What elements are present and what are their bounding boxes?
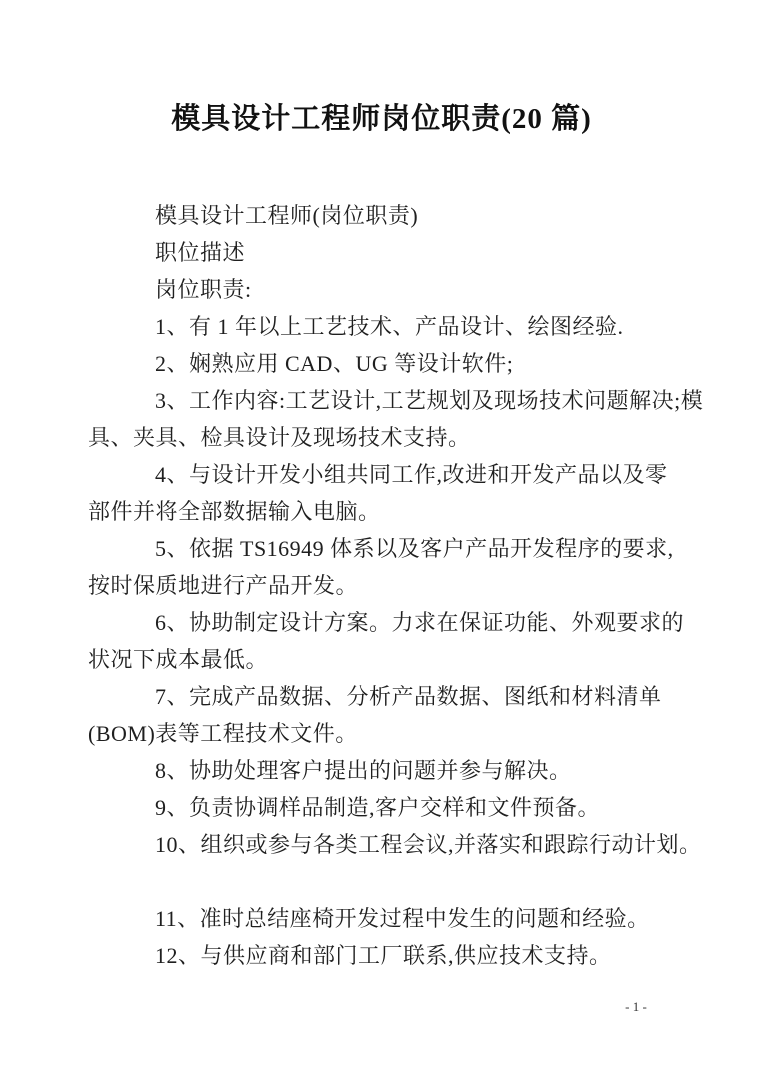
text-line: 模具设计工程师(岗位职责): [88, 197, 704, 234]
text-line: [88, 863, 704, 900]
page-number: - 1 -: [576, 998, 696, 1016]
text-line: (BOM)表等工程技术文件。: [88, 715, 704, 752]
text-line: 1、有 1 年以上工艺技术、产品设计、绘图经验.: [88, 308, 704, 345]
text-line: 8、协助处理客户提出的问题并参与解决。: [88, 752, 704, 789]
text-line: 岗位职责:: [88, 271, 704, 308]
text-line: 2、娴熟应用 CAD、UG 等设计软件;: [88, 345, 704, 382]
text-line: 4、与设计开发小组共同工作,改进和开发产品以及零: [88, 456, 704, 493]
text-line: 状况下成本最低。: [88, 641, 704, 678]
document-page: 模具设计工程师岗位职责(20 篇) 模具设计工程师(岗位职责)职位描述岗位职责:…: [0, 0, 763, 1080]
document-title: 模具设计工程师岗位职责(20 篇): [0, 98, 763, 140]
text-line: 12、与供应商和部门工厂联系,供应技术支持。: [88, 937, 704, 974]
text-line: 11、准时总结座椅开发过程中发生的问题和经验。: [88, 900, 704, 937]
text-line: 5、依据 TS16949 体系以及客户产品开发程序的要求,: [88, 530, 704, 567]
document-body: 模具设计工程师(岗位职责)职位描述岗位职责:1、有 1 年以上工艺技术、产品设计…: [88, 197, 704, 974]
text-line: 按时保质地进行产品开发。: [88, 567, 704, 604]
text-line: 3、工作内容:工艺设计,工艺规划及现场技术问题解决;模: [88, 382, 704, 419]
text-line: 9、负责协调样品制造,客户交样和文件预备。: [88, 789, 704, 826]
text-line: 10、组织或参与各类工程会议,并落实和跟踪行动计划。: [88, 826, 704, 863]
text-line: 7、完成产品数据、分析产品数据、图纸和材料清单: [88, 678, 704, 715]
text-line: 职位描述: [88, 234, 704, 271]
text-line: 具、夹具、检具设计及现场技术支持。: [88, 419, 704, 456]
text-line: 6、协助制定设计方案。力求在保证功能、外观要求的: [88, 604, 704, 641]
text-line: 部件并将全部数据输入电脑。: [88, 493, 704, 530]
